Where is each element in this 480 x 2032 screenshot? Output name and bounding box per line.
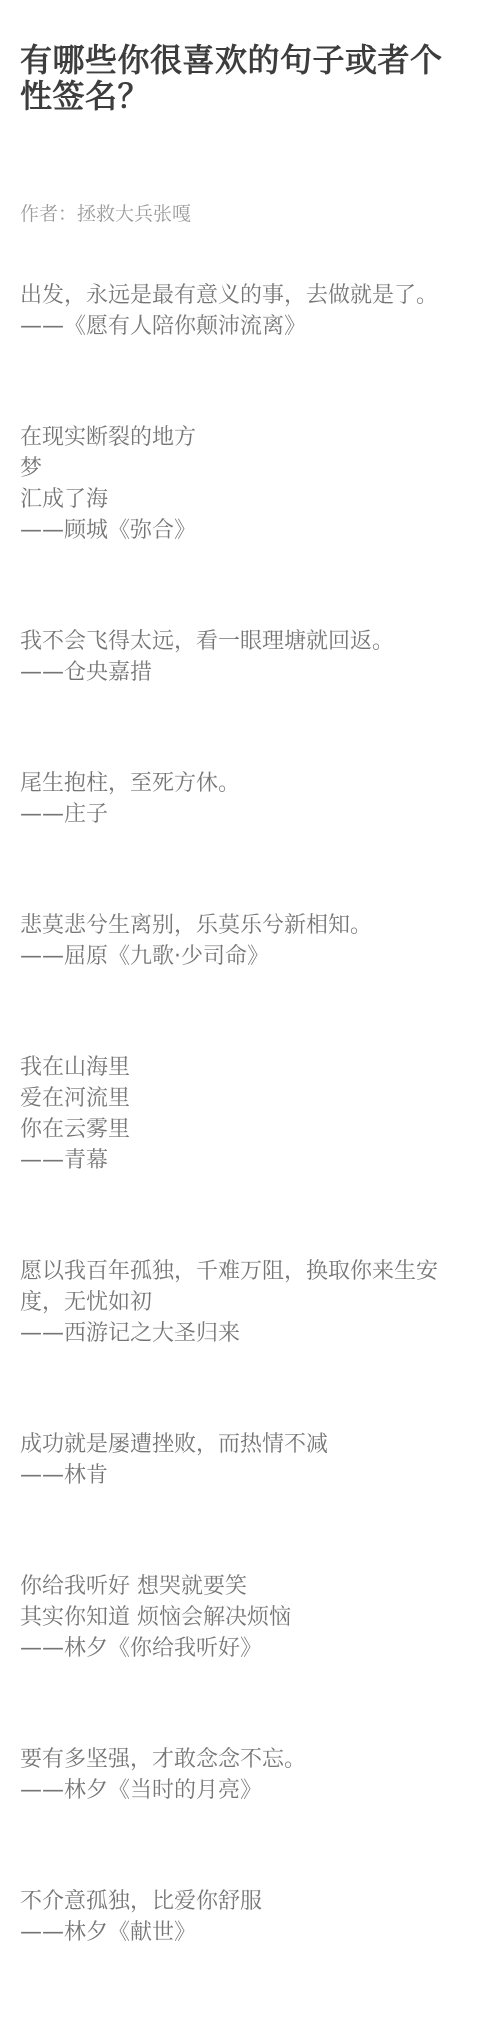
quote-source-line: ——西游记之大圣归来: [20, 1318, 450, 1349]
quote-source-line: ——《愿有人陪你颠沛流离》: [20, 311, 450, 342]
quote-text-line: 你在云雾里: [20, 1114, 450, 1145]
quote-block: 出发，永远是最有意义的事，去做就是了。——《愿有人陪你颠沛流离》: [20, 280, 450, 342]
quote-block: 要有多坚强，才敢念念不忘。——林夕《当时的月亮》: [20, 1744, 450, 1806]
page-title: 有哪些你很喜欢的句子或者个性签名？: [20, 42, 450, 114]
quote-text-line: 我不会飞得太远，看一眼理塘就回返。: [20, 626, 450, 657]
quote-source-line: ——屈原《九歌·少司命》: [20, 941, 450, 972]
quote-block: 你给我听好 想哭就要笑其实你知道 烦恼会解决烦恼——林夕《你给我听好》: [20, 1571, 450, 1664]
quote-block: 愿以我百年孤独，千难万阻，换取你来生安度，无忧如初——西游记之大圣归来: [20, 1256, 450, 1349]
quote-text-line: 成功就是屡遭挫败，而热情不减: [20, 1429, 450, 1460]
author-line: 作者：拯救大兵张嘎: [20, 202, 450, 226]
article-page: 有哪些你很喜欢的句子或者个性签名？ 作者：拯救大兵张嘎 出发，永远是最有意义的事…: [0, 0, 480, 2032]
quote-text-line: 汇成了海: [20, 484, 450, 515]
quote-text-line: 我在山海里: [20, 1052, 450, 1083]
quote-source-line: ——青幕: [20, 1145, 450, 1176]
quote-text-line: 其实你知道 烦恼会解决烦恼: [20, 1602, 450, 1633]
quote-text-line: 出发，永远是最有意义的事，去做就是了。: [20, 280, 450, 311]
quote-text-line: 愿以我百年孤独，千难万阻，换取你来生安度，无忧如初: [20, 1256, 450, 1318]
quote-block: 我不会飞得太远，看一眼理塘就回返。——仓央嘉措: [20, 626, 450, 688]
quote-block: 不介意孤独，比爱你舒服——林夕《献世》: [20, 1886, 450, 1948]
quote-list: 出发，永远是最有意义的事，去做就是了。——《愿有人陪你颠沛流离》在现实断裂的地方…: [20, 280, 450, 1948]
quote-text-line: 爱在河流里: [20, 1083, 450, 1114]
quote-block: 尾生抱柱，至死方休。——庄子: [20, 768, 450, 830]
quote-source-line: ——林夕《献世》: [20, 1917, 450, 1948]
quote-source-line: ——庄子: [20, 799, 450, 830]
quote-source-line: ——林夕《当时的月亮》: [20, 1775, 450, 1806]
quote-text-line: 不介意孤独，比爱你舒服: [20, 1886, 450, 1917]
quote-source-line: ——林夕《你给我听好》: [20, 1633, 450, 1664]
quote-text-line: 悲莫悲兮生离别，乐莫乐兮新相知。: [20, 910, 450, 941]
quote-block: 成功就是屡遭挫败，而热情不减——林肯: [20, 1429, 450, 1491]
quote-block: 我在山海里爱在河流里你在云雾里——青幕: [20, 1052, 450, 1176]
quote-text-line: 你给我听好 想哭就要笑: [20, 1571, 450, 1602]
quote-block: 悲莫悲兮生离别，乐莫乐兮新相知。——屈原《九歌·少司命》: [20, 910, 450, 972]
quote-text-line: 要有多坚强，才敢念念不忘。: [20, 1744, 450, 1775]
quote-text-line: 在现实断裂的地方: [20, 422, 450, 453]
quote-text-line: 尾生抱柱，至死方休。: [20, 768, 450, 799]
quote-source-line: ——林肯: [20, 1460, 450, 1491]
quote-block: 在现实断裂的地方梦汇成了海——顾城《弥合》: [20, 422, 450, 546]
quote-text-line: 梦: [20, 453, 450, 484]
quote-source-line: ——顾城《弥合》: [20, 515, 450, 546]
quote-source-line: ——仓央嘉措: [20, 657, 450, 688]
